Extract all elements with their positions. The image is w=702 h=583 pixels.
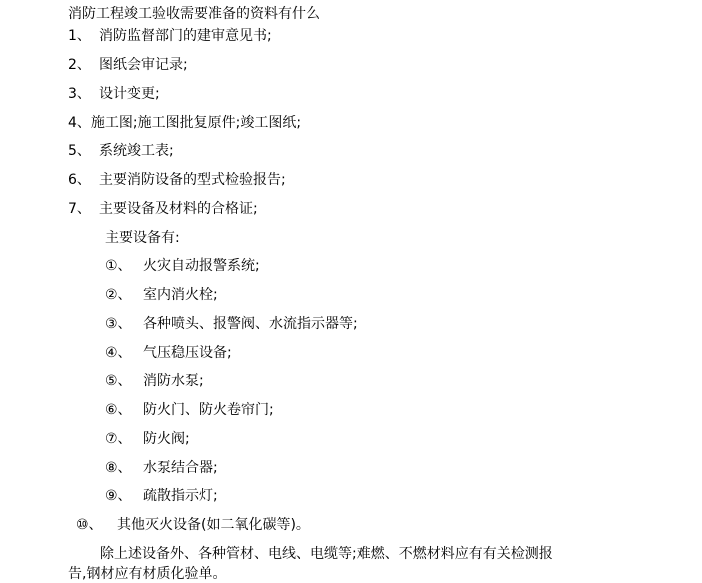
- item-number: 7、: [68, 201, 99, 217]
- item-number: ⑨、: [105, 488, 143, 504]
- list-item: ④、气压稳压设备;: [105, 345, 232, 361]
- item-text: 主要消防设备的型式检验报告;: [99, 172, 286, 188]
- list-item: ②、室内消火栓;: [105, 287, 218, 303]
- list-item: ⑧、水泵结合器;: [105, 460, 218, 476]
- list-item: ⑥、防火门、防火卷帘门;: [105, 402, 274, 418]
- document-title: 消防工程竣工验收需要准备的资料有什么: [68, 6, 320, 22]
- item-number: ⑧、: [105, 460, 143, 476]
- list-item: 4、施工图;施工图批复原件;竣工图纸;: [68, 115, 301, 131]
- item-text: 设计变更;: [99, 86, 160, 102]
- list-item: ⑤、消防水泵;: [105, 373, 204, 389]
- list-item: ①、火灾自动报警系统;: [105, 258, 260, 274]
- list-item: 6、主要消防设备的型式检验报告;: [68, 172, 286, 188]
- item-text: 消防水泵;: [143, 373, 204, 389]
- item-number: ①、: [105, 258, 143, 274]
- item-number: ③、: [105, 316, 143, 332]
- list-item: ⑦、防火阀;: [105, 431, 190, 447]
- item-text: 系统竣工表;: [99, 143, 174, 159]
- item-number: 1、: [68, 28, 99, 44]
- item-text: 消防监督部门的建审意见书;: [99, 28, 272, 44]
- item-text: 防火阀;: [143, 431, 190, 447]
- item-number: 5、: [68, 143, 99, 159]
- item-number: ②、: [105, 287, 143, 303]
- item-number: 4、: [68, 115, 91, 131]
- item-number: 6、: [68, 172, 99, 188]
- list-item: 5、系统竣工表;: [68, 143, 174, 159]
- list-item: 3、设计变更;: [68, 86, 160, 102]
- subheading: 主要设备有:: [105, 230, 180, 246]
- item-text: 图纸会审记录;: [99, 57, 188, 73]
- item-text: 施工图;施工图批复原件;竣工图纸;: [91, 115, 301, 131]
- list-item: ③、各种喷头、报警阀、水流指示器等;: [105, 316, 358, 332]
- item-number: ⑥、: [105, 402, 143, 418]
- closing-paragraph-line-1: 除上述设备外、各种管材、电线、电缆等;难燃、不燃材料应有有关检测报: [100, 546, 553, 562]
- item-text: 室内消火栓;: [143, 287, 218, 303]
- item-number: 2、: [68, 57, 99, 73]
- item-number: ⑤、: [105, 373, 143, 389]
- list-item: 2、图纸会审记录;: [68, 57, 188, 73]
- closing-paragraph-line-2: 告,钢材应有材质化验单。: [68, 566, 226, 582]
- item-text: 疏散指示灯;: [143, 488, 218, 504]
- item-text: 防火门、防火卷帘门;: [143, 402, 274, 418]
- list-item: ⑩、其他灭火设备(如二氧化碳等)。: [76, 517, 310, 533]
- item-text: 火灾自动报警系统;: [143, 258, 260, 274]
- item-number: ④、: [105, 345, 143, 361]
- list-item: ⑨、疏散指示灯;: [105, 488, 218, 504]
- item-text: 其他灭火设备(如二氧化碳等)。: [117, 517, 310, 533]
- list-item: 7、主要设备及材料的合格证;: [68, 201, 258, 217]
- document-page: 消防工程竣工验收需要准备的资料有什么 1、消防监督部门的建审意见书; 2、图纸会…: [0, 0, 702, 583]
- item-text: 各种喷头、报警阀、水流指示器等;: [143, 316, 358, 332]
- item-number: 3、: [68, 86, 99, 102]
- item-text: 水泵结合器;: [143, 460, 218, 476]
- item-number: ⑦、: [105, 431, 143, 447]
- list-item: 1、消防监督部门的建审意见书;: [68, 28, 272, 44]
- item-text: 主要设备及材料的合格证;: [99, 201, 258, 217]
- item-text: 气压稳压设备;: [143, 345, 232, 361]
- item-number: ⑩、: [76, 517, 117, 533]
